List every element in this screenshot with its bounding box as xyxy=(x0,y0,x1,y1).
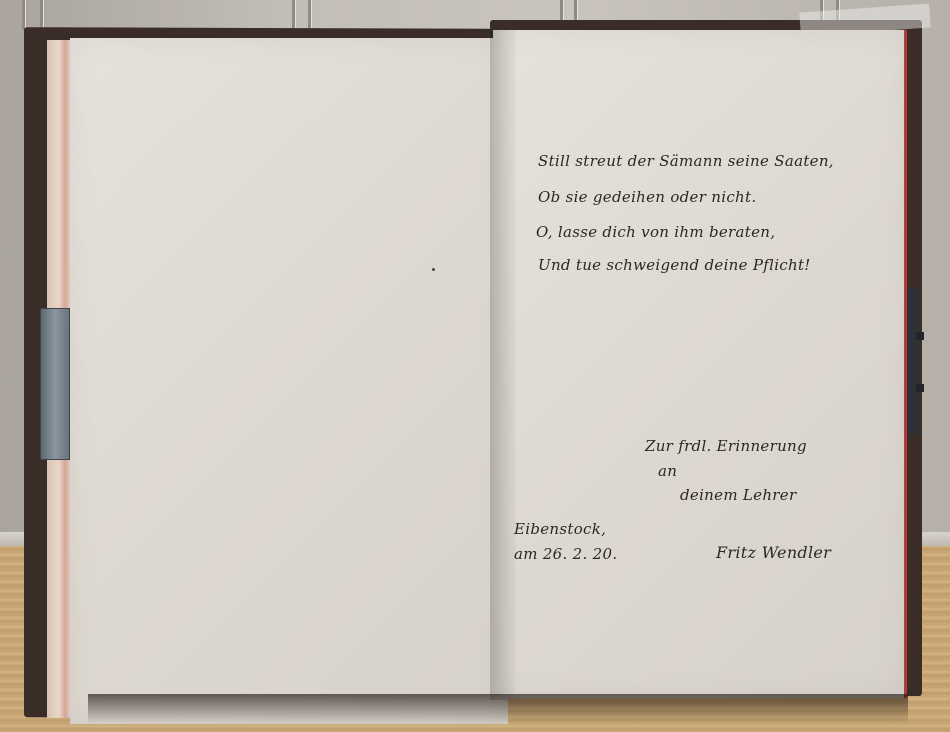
date-text: am 26. 2. 20. xyxy=(514,545,617,563)
wall-panel-line xyxy=(308,0,311,30)
poem-line-3: O, lasse dich von ihm beraten, xyxy=(536,223,775,241)
clasp-tab xyxy=(916,332,924,340)
wall-panel-line xyxy=(22,0,25,30)
metal-clasp-left xyxy=(40,308,70,460)
dedication-line-1: Zur frdl. Erinnerung xyxy=(645,437,807,455)
ink-speck xyxy=(432,268,435,271)
metal-clasp-right xyxy=(907,288,919,434)
signature: Fritz Wendler xyxy=(716,543,831,562)
wall-panel-line xyxy=(40,0,43,30)
place-text: Eibenstock, xyxy=(514,520,606,538)
book-shadow xyxy=(88,694,908,724)
dedication-line-2: an xyxy=(658,462,677,480)
poem-line-2: Ob sie gedeihen oder nicht. xyxy=(538,188,756,206)
book-gutter xyxy=(490,30,516,700)
wall-panel-line xyxy=(292,0,295,30)
dedication-line-3: deinem Lehrer xyxy=(680,486,796,504)
clasp-tab xyxy=(916,384,924,392)
poem-line-4: Und tue schweigend deine Pflicht! xyxy=(538,256,811,274)
poem-line-1: Still streut der Sämann seine Saaten, xyxy=(538,152,834,170)
left-page xyxy=(70,38,508,724)
right-page xyxy=(493,30,907,698)
